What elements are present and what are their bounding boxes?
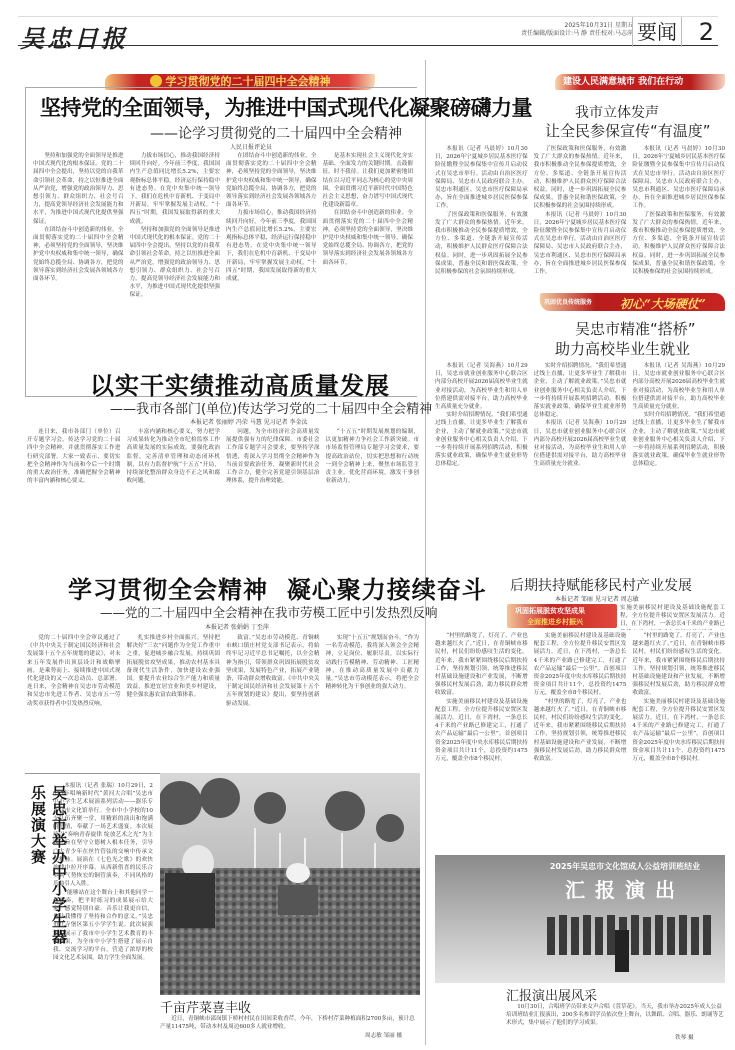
resettlement-article-body: “村里的路宽了，灯亮了，产业也越来越红火了。”近日，在青铜峡市移民村，村民们纷纷…	[435, 632, 725, 852]
stage-banner-line1: 2025年吴忠市文化馆成人公益培训班结业	[550, 861, 700, 871]
text-column: “十五五”时期发展规划的编制，以更加精神力争社会工作新突破。市市场监督管理局专题…	[326, 428, 420, 558]
party-emblem-icon	[150, 75, 162, 87]
study-article-body: 连日来，我市各部门（单位）召开专题学习会，传达学习党的二十届四中全会精神，并就贯…	[27, 428, 419, 558]
performance-photo-caption: 10月30日，合唱班学员带来女声合唱《萱草花》。当天，我市举办2025年成人公益…	[506, 1003, 726, 1027]
text-column: 本报讯（记者 吴海燕）10月29日，吴忠市就业创业服务中心联合区内部分高校开展2…	[632, 362, 725, 562]
text-column: 本报讯（记者 马晨婷）10月30日，2026年宁夏城乡居民基本医疗保险征缴暨全民…	[435, 145, 528, 285]
text-column: 本报讯（记者 张瑞）10月29日，2025年唱响新时代“黄河大合唱”吴忠市中小学…	[53, 782, 153, 1044]
text-column: 连日来，我市各部门（单位）召开专题学习会，传达学习党的二十届四中全会精神，并就贯…	[27, 428, 121, 558]
issue-date: 2025年10月31日 星期五	[521, 22, 633, 30]
text-column: “村里的路宽了，灯亮了，产业也越来越红火了。”近日，在青铜峡市移民村，村民们纷纷…	[435, 632, 528, 852]
text-column: 力拔市场信心，推动我国经济持续回升向好。今年前三季度，我国国内生产总值同比增长5…	[130, 152, 221, 392]
resettlement-headline: 后期扶持赋能移民村产业发展	[510, 575, 692, 595]
jobs-article-body: 本报讯（记者 吴海燕）10月29日，吴忠市就业创业服务中心联合区内部分高校开展2…	[435, 362, 725, 562]
text-column: 了医保政策和医保服务，有效激发了广大群众的参保热情。近年来，我市积极推动全民参保…	[534, 145, 627, 285]
celery-photo-title: 千亩芹菜喜丰收	[160, 997, 251, 1016]
issue-info: 2025年10月31日 星期五 责任编辑/版面设计:马 静 责任校对:马志萍	[521, 22, 633, 38]
text-column: 实施美丽移民村建设及基础设施配套工程，全方位提升移民安置区发展活力。近日，在下湾…	[534, 632, 627, 852]
insurance-article-body: 本报讯（记者 马晨婷）10月30日，2026年宁夏城乡居民基本医疗保险征缴暨全民…	[435, 145, 725, 285]
jobs-headline-2: 助力高校毕业生就业	[555, 338, 690, 359]
study-headline: 以实干实绩推动高质量发展	[90, 366, 390, 401]
labor-subhead: ——党的二十届四中全会精神在我市劳模工匠中引发热烈反响	[100, 603, 438, 621]
text-column: 实时介绍招聘情况。“我们希望通过线上直播，让更多毕业生了解我市企业，主动了解就业…	[534, 362, 627, 562]
text-column: 丰富内涵和核心要义，努力把学习成果转化为推动全市纪检监察工作高质量发展的实际成效…	[127, 428, 221, 558]
resettlement-byline: 本报记者 邹丽 见习记者 周志敏	[555, 594, 639, 603]
masthead: 吴忠日报 2025年10月31日 星期五 责任编辑/版面设计:马 静 责任校对:…	[18, 16, 718, 46]
insurance-headline-1: 我市立体发声	[575, 102, 659, 122]
lead-article-body: 坚持和加强党的全面领导是推进中国式现代化的根本保证。党的二十届四中全会提出，坚持…	[33, 152, 413, 392]
text-column: 在团结奋斗中创造新的伟业。全面贯彻落实党的二十届四中全会精神，必须坚持党的全面领…	[226, 152, 317, 392]
jobs-headline-1: 吴忠市精准“搭桥”	[575, 318, 696, 339]
text-column: 实现“十五五”规划而奋斗。“作为一名劳动模范，我将深入领会全会精神，立足岗位、履…	[326, 634, 420, 769]
text-column: 问题，为全市经济社会高质量发展提供强有力的纪律保障。市委社会工作部专题学习会要求…	[226, 428, 320, 558]
labor-headline: 学习贯彻全会精神 凝心聚力接续奋斗	[68, 570, 487, 605]
lead-subhead: ——论学习贯彻党的二十届四中全会精神	[150, 123, 402, 143]
insurance-ribbon: 建设人民满意城市 我们在行动	[555, 74, 725, 90]
text-column: 坚持和加强党的全面领导是推进中国式现代化的根本保证。党的二十届四中全会提出，坚持…	[33, 152, 124, 392]
text-column: “村里的路宽了，灯亮了，产业也越来越红火了。”近日，在青铜峡市移民村，村民们纷纷…	[632, 632, 725, 852]
editor-credits: 责任编辑/版面设计:马 静 责任校对:马志萍	[521, 30, 633, 38]
performance-stage-image: 2025年吴忠市文化馆成人公益培训班结业 汇报演出	[435, 855, 725, 983]
labor-byline: 本报记者 张娟娟 丁至萍	[205, 622, 269, 631]
celery-photo-credit: 周志敏 邹丽 摄	[365, 1032, 402, 1040]
text-column: 本报讯（记者 吴海燕）10月29日，吴忠市就业创业服务中心联合区内部分高校开展2…	[435, 362, 528, 562]
performance-photo-title: 汇报演出展风采	[506, 985, 597, 1004]
performance-photo: 2025年吴忠市文化馆成人公益培训班结业 汇报演出	[435, 855, 725, 983]
insurance-headline-2: 让全民参保宣传“有温度”	[545, 120, 711, 141]
celery-photo-caption: 近日，青铜峡市邵岗镇下桥村村民在田间采收香芹。今年，下桥村芹菜种植面积2700多…	[160, 1015, 420, 1031]
labor-article-body: 党的二十届四中全会审议通过了《中共中央关于制定国民经济和社会发展第十五个五年规划…	[27, 634, 419, 769]
text-column: 扎实推进乡村全面振兴。坚持把解决好“三农”问题作为全党工作重中之重，促进城乡融合…	[127, 634, 221, 769]
resettlement-banner: 巩固拓展脱贫攻坚成果 全面推进乡村振兴	[507, 604, 617, 628]
celery-field-image	[160, 773, 420, 995]
lead-byline: 人民日报评论员	[230, 142, 272, 151]
jobs-ribbon: 巩固优良传统服务 初心“大场硬仗”	[540, 293, 725, 311]
text-column: 本报讯（记者 马晨婷）10月30日，2026年宁夏城乡居民基本医疗保险征缴暨全民…	[632, 145, 725, 285]
study-byline: 本报记者 张丽婷 冯荣 马慧 见习记者 李金汰	[190, 417, 308, 426]
music-article-body: 本报讯（记者 张瑞）10月29日，2025年唱响新时代“黄河大合唱”吴忠市中小学…	[53, 782, 153, 1044]
performance-photo-credit: 铁琴 摄	[675, 1034, 694, 1042]
text-column: 实施美丽移民村建设及基础设施配套工程，全方位提升移民安置区发展活力。近日，在下湾…	[620, 604, 725, 630]
resettlement-intro-snippet: 实施美丽移民村建设及基础设施配套工程，全方位提升移民安置区发展活力。近日，在下湾…	[620, 604, 725, 630]
page-number: 2	[699, 17, 714, 47]
text-column: 是基本实现社会主义现代化夯实基础、全面发力的关键时期。击鼓催征，时不我待。让我们…	[323, 152, 414, 392]
text-column: 致富。”吴忠市劳动模范、青铜峡市峡口镇庄村党支部书记表示，将始终牢记习近平总书记…	[226, 634, 320, 769]
section-name: 要闻	[632, 17, 682, 47]
text-column: 党的二十届四中全会审议通过了《中共中央关于制定国民经济和社会发展第十五个五年规划…	[27, 634, 121, 769]
celery-harvest-photo	[160, 773, 420, 995]
newspaper-logo: 吴忠日报	[20, 19, 128, 54]
stage-banner-line2: 汇报演出	[565, 878, 685, 902]
lead-headline: 坚持党的全面领导，为推进中国式现代化凝聚磅礴力量	[40, 92, 420, 122]
study-subhead: ——我市各部门(单位)传达学习党的二十届四中全会精神	[110, 398, 432, 417]
column-divider	[425, 60, 426, 1045]
